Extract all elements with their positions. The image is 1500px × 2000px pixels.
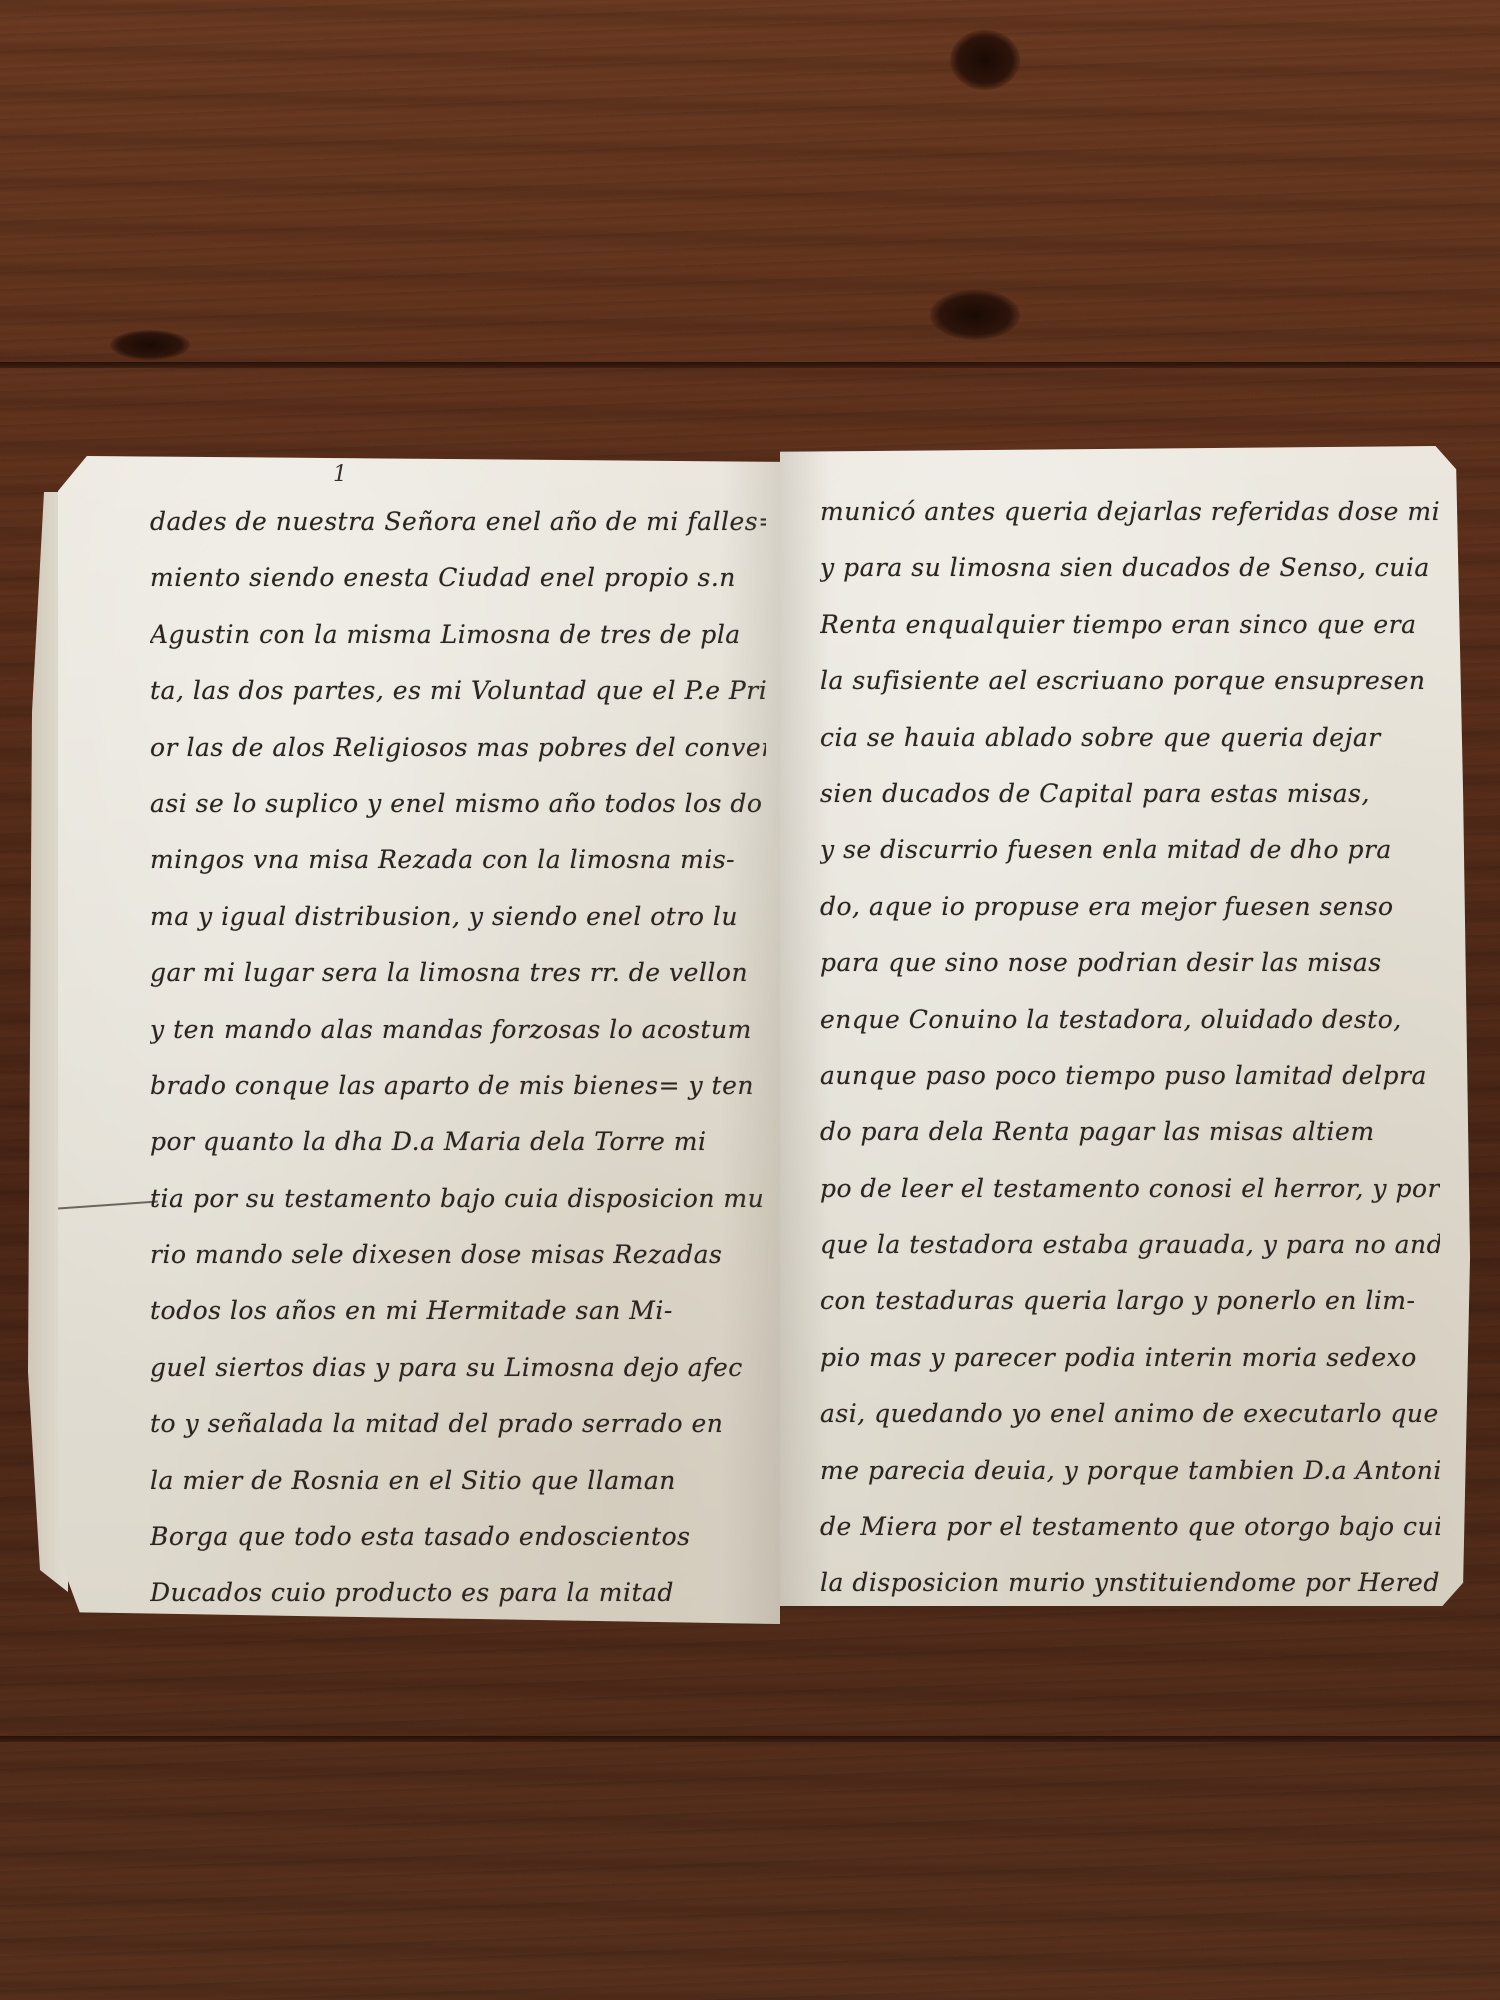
manuscript-line: se señalase vn senso de sinquenta ducado… — [820, 1725, 1440, 1781]
manuscript-line: que la testadora estaba grauada, y para … — [820, 1217, 1440, 1273]
folio-mark: 1 — [333, 462, 347, 487]
manuscript-line: para que sino nose podrian desir las mis… — [820, 935, 1440, 991]
left-page: 1 dades de nuestra Señora enel año de mi… — [58, 456, 780, 1624]
manuscript-line: mingos vna misa Rezada con la limosna mi… — [150, 832, 766, 888]
manuscript-line: Renta enqualquier tiempo eran sinco que … — [820, 597, 1440, 653]
manuscript-line: y ten mando alas mandas forzosas lo acos… — [150, 1002, 766, 1058]
wood-knot — [930, 290, 1020, 340]
manuscript-line: do, aque io propuse era mejor fuesen sen… — [820, 879, 1440, 935]
manuscript-line: ma y igual distribusion, y siendo enel o… — [150, 889, 766, 945]
manuscript-line: gar mi lugar sera la limosna tres rr. de… — [150, 945, 766, 1001]
manuscript-line: aunque paso poco tiempo puso lamitad del… — [820, 1048, 1440, 1104]
manuscript-line: guel siertos dias y para su Limosna dejo… — [150, 1340, 766, 1396]
manuscript-line: tia por su testamento bajo cuia disposic… — [150, 1171, 766, 1227]
manuscript-line: Agustin con la misma Limosna de tres de … — [150, 607, 766, 663]
manuscript-line: todos los años se dixesen, y que para su… — [820, 1668, 1440, 1724]
manuscript-line: Borga que todo esta tasado endoscientos — [150, 1509, 766, 1565]
manuscript-line: asi, quedando yo enel animo de executarl… — [820, 1386, 1440, 1442]
manuscript-line: la sufisiente ael escriuano porque ensup… — [820, 653, 1440, 709]
manuscript-line: municó antes queria dejarlas referidas d… — [820, 484, 1440, 540]
manuscript-line: con testaduras queria largo y ponerlo en… — [820, 1273, 1440, 1329]
manuscript-line: la mier de Rosnia en el Sitio que llaman — [150, 1453, 766, 1509]
manuscript-line: delas misas sera y vino para desirlas de — [150, 1622, 766, 1678]
right-page: municó antes queria dejarlas referidas d… — [780, 446, 1470, 1606]
manuscript-line: ta, las dos partes, es mi Voluntad que e… — [150, 663, 766, 719]
manuscript-line: po de leer el testamento conosi el herro… — [820, 1161, 1440, 1217]
manuscript-line: me parecia deuia, y porque tambien D.a A… — [820, 1443, 1440, 1499]
manuscript-line: de Miera por el testamento que otorgo ba… — [820, 1499, 1440, 1555]
manuscript-line: cia se hauia ablado sobre que queria dej… — [820, 710, 1440, 766]
manuscript-line: y se discurrio fuesen enla mitad de dho … — [820, 822, 1440, 878]
manuscript-line: sien ducados de Capital para estas misas… — [820, 766, 1440, 822]
manuscript-line: y para su limosna sien ducados de Senso,… — [820, 540, 1440, 596]
manuscript-line: todos los años en mi Hermitade san Mi- — [150, 1283, 766, 1339]
manuscript-line: por quanto la dha D.a Maria dela Torre m… — [150, 1114, 766, 1170]
manuscript-line: enque Conuino la testadora, oluidado des… — [820, 992, 1440, 1048]
manuscript-line: pio mas y parecer podia interin moria se… — [820, 1330, 1440, 1386]
manuscript-line: dades de nuestra Señora enel año de mi f… — [150, 494, 766, 550]
manuscript-line: brado conque las aparto de mis bienes= y… — [150, 1058, 766, 1114]
open-manuscript: 1 dades de nuestra Señora enel año de mi… — [28, 432, 1478, 1622]
manuscript-line: rio mando sele dixesen dose misas Rezada… — [150, 1227, 766, 1283]
manuscript-line: ro, dejo quatro misas Rezadas ensiertos … — [820, 1612, 1440, 1668]
manuscript-line: la disposicion murio ynstituiendome por … — [820, 1555, 1440, 1611]
manuscript-line: Ducados cuio producto es para la mitad — [150, 1565, 766, 1621]
manuscript-line: do para dela Renta pagar las misas altie… — [820, 1104, 1440, 1160]
manuscript-line: miento siendo enesta Ciudad enel propio … — [150, 550, 766, 606]
manuscript-line: clara para descargo demi Consiencia meco — [150, 1678, 766, 1734]
manuscript-line: to y señalada la mitad del prado serrado… — [150, 1396, 766, 1452]
manuscript-line: asi se lo suplico y enel mismo año todos… — [150, 776, 766, 832]
wood-knot — [950, 30, 1020, 90]
left-page-text: dades de nuestra Señora enel año de mi f… — [58, 494, 780, 1735]
wood-knot — [110, 330, 190, 360]
right-page-text: municó antes queria dejarlas referidas d… — [780, 484, 1470, 1781]
table-plank-seam-top — [0, 362, 1500, 368]
table-plank-seam-bottom — [0, 1736, 1500, 1742]
manuscript-line: or las de alos Religiosos mas pobres del… — [150, 720, 766, 776]
